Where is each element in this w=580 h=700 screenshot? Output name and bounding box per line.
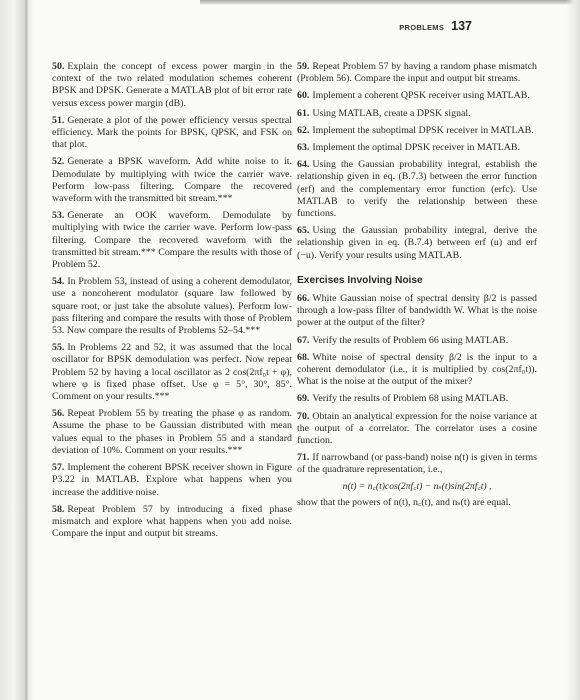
problem-number: 53. [52,210,64,221]
problem-60: 60.Implement a coherent QPSK receiver us… [297,90,537,102]
problem-66: 66.White Gaussian noise of spectral dens… [297,293,537,330]
right-column: 59.Repeat Problem 57 by having a random … [297,61,537,514]
problem-text: White noise of spectral density β/2 is t… [297,352,537,387]
problem-number: 62. [297,125,309,136]
problem-67: 67.Verify the results of Problem 66 usin… [297,335,537,347]
problem-53: 53.Generate an OOK waveform. Demodulate … [52,210,292,271]
problem-text: If narrowband (or pass-band) noise n(t) … [297,452,537,475]
problem-number: 58. [52,504,64,515]
problem-58: 58.Repeat Problem 57 by introducing a fi… [52,504,292,541]
problem-number: 52. [52,156,64,167]
problem-text: Verify the results of Problem 66 using M… [312,335,508,346]
problem-text: White Gaussian noise of spectral density… [297,293,537,328]
problem-number: 64. [297,159,309,170]
problem-number: 60. [297,90,309,101]
problem-number: 71. [297,452,309,463]
problem-text: Repeat Problem 57 by having a random pha… [297,61,537,84]
problem-number: 69. [297,393,309,404]
left-column: 50.Explain the concept of excess power m… [52,61,292,545]
problem-71-conclusion: show that the powers of n(t), n꜀(t), and… [297,497,537,509]
problem-text: Using the Gaussian probability integral,… [297,159,537,219]
problem-text: Repeat Problem 57 by introducing a fixed… [52,504,292,539]
problem-number: 67. [297,335,309,346]
problem-number: 68. [297,352,309,363]
problem-64: 64.Using the Gaussian probability integr… [297,159,537,220]
problem-number: 65. [297,225,309,236]
problem-number: 50. [52,61,64,72]
page-header: PROBLEMS 137 [399,19,472,33]
problem-55: 55.In Problems 22 and 52, it was assumed… [52,342,292,403]
problem-text: Implement the optimal DPSK receiver in M… [312,142,520,153]
problem-56: 56.Repeat Problem 55 by treating the pha… [52,408,292,457]
problem-number: 70. [297,411,309,422]
running-head: PROBLEMS [399,23,444,32]
book-spine-shadow [0,0,34,700]
problem-number: 54. [52,276,64,287]
problem-text: Generate an OOK waveform. Demodulate by … [52,210,292,270]
problem-number: 66. [297,293,309,304]
problem-text: Using the Gaussian probability integral,… [297,225,537,260]
problem-text: Verify the results of Problem 68 using M… [312,393,508,404]
problem-62: 62.Implement the suboptimal DPSK receive… [297,125,537,137]
problem-number: 63. [297,142,309,153]
problem-71: 71.If narrowband (or pass-band) noise n(… [297,452,537,476]
problem-text: Explain the concept of excess power marg… [52,61,292,109]
problem-57: 57.Implement the coherent BPSK receiver … [52,462,292,499]
problem-54: 54.In Problem 53, instead of using a coh… [52,276,292,337]
problem-number: 61. [297,108,309,119]
problem-text: Obtain an analytical expression for the … [297,411,537,446]
problem-text: Implement the coherent BPSK receiver sho… [52,462,292,497]
problem-text: In Problem 53, instead of using a cohere… [52,276,292,336]
problem-number: 51. [52,115,64,126]
problem-70: 70.Obtain an analytical expression for t… [297,411,537,448]
problem-number: 57. [52,462,64,473]
problem-number: 56. [52,408,64,419]
problem-50: 50.Explain the concept of excess power m… [52,61,292,110]
problem-59: 59.Repeat Problem 57 by having a random … [297,61,537,85]
section-heading: Exercises Involving Noise [297,275,537,287]
page-right-edge [566,0,580,700]
problem-63: 63.Implement the optimal DPSK receiver i… [297,142,537,154]
problem-text: Implement the suboptimal DPSK receiver i… [312,125,533,136]
problem-69: 69.Verify the results of Problem 68 usin… [297,393,537,405]
problem-52: 52.Generate a BPSK waveform. Add white n… [52,156,292,205]
problem-number: 59. [297,61,309,72]
page-number: 137 [451,19,472,33]
problem-61: 61.Using MATLAB, create a DPSK signal. [297,108,537,120]
page-top-shadow [200,0,580,5]
problem-51: 51.Generate a plot of the power efficien… [52,115,292,152]
equation: n(t) = n꜀(t)cos(2πf꜀t) − nₛ(t)sin(2πf꜀t)… [297,481,537,493]
problem-text: In Problems 22 and 52, it was assumed th… [52,342,292,402]
problem-65: 65.Using the Gaussian probability integr… [297,225,537,262]
problem-text: Generate a BPSK waveform. Add white nois… [52,156,292,204]
problem-text: Generate a plot of the power efficiency … [52,115,292,150]
problem-text: Using MATLAB, create a DPSK signal. [312,108,470,119]
problem-number: 55. [52,342,64,353]
problem-68: 68.White noise of spectral density β/2 i… [297,352,537,389]
problem-text: Repeat Problem 55 by treating the phase … [52,408,292,456]
problem-text: Implement a coherent QPSK receiver using… [312,90,529,101]
